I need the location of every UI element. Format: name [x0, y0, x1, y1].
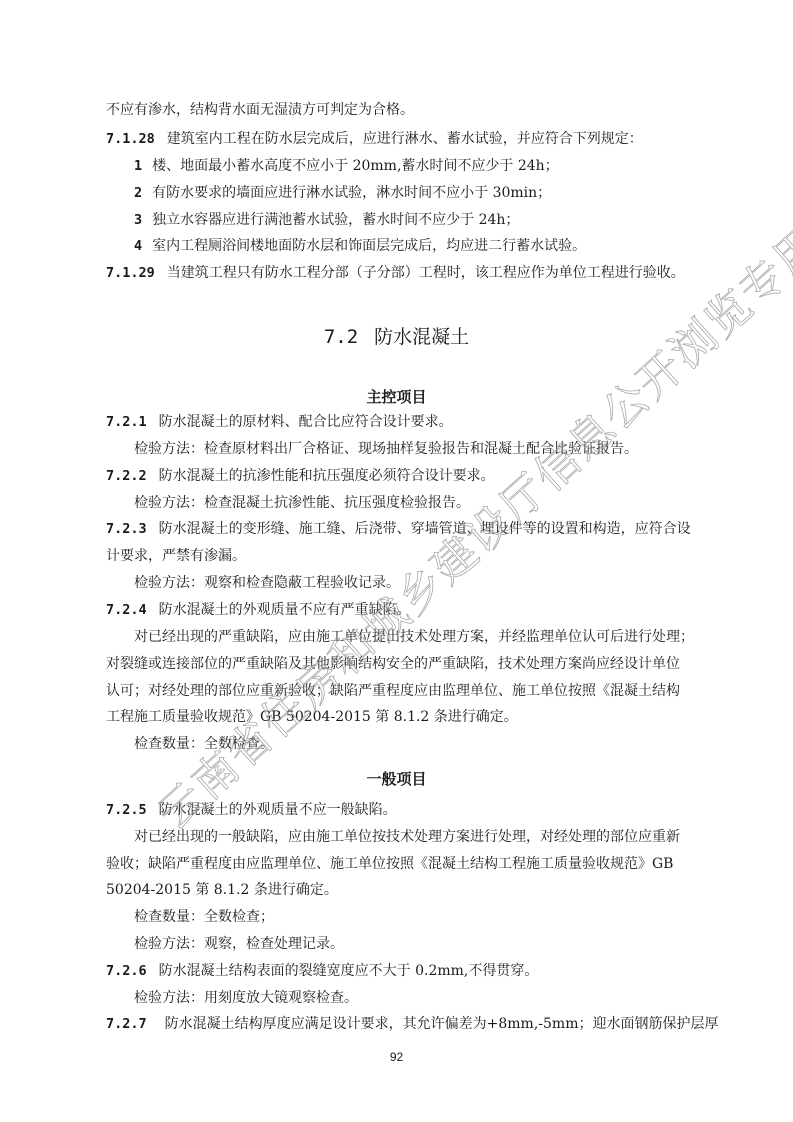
list-item-text: 楼、地面最小蓄水高度不应小于 20mm,蓄水时间不应少于 24h； — [152, 158, 559, 174]
inspection-quantity: 检查数量：全数检查； — [134, 907, 716, 927]
subheading-main-control: 主控项目 — [0, 386, 793, 408]
page-number: 92 — [0, 1050, 793, 1064]
clause-number: 7.1.29 — [106, 265, 155, 281]
list-item-text: 独立水容器应进行满池蓄水试验，蓄水时间不应少于 24h； — [152, 212, 519, 228]
clause-7-2-4: 7.2.4防水混凝土的外观质量不应有严重缺陷。 — [106, 600, 688, 620]
clause-text: 防水混凝土的抗渗性能和抗压强度必须符合设计要求。 — [159, 468, 495, 484]
paragraph-continuation: 不应有渗水，结构背水面无湿渍方可判定为合格。 — [106, 100, 688, 120]
subheading-general: 一般项目 — [0, 768, 793, 790]
list-item-number: 4 — [134, 238, 142, 254]
clause-7-2-1: 7.2.1防水混凝土的原材料、配合比应符合设计要求。 — [106, 412, 688, 432]
clause-text: 防水混凝土的外观质量不应一般缺陷。 — [159, 802, 397, 818]
clause-7-1-29: 7.1.29当建筑工程只有防水工程分部（子分部）工程时，该工程应作为单位工程进行… — [106, 263, 688, 283]
clause-text-continued: 计要求，严禁有渗漏。 — [106, 546, 688, 566]
list-item: 2有防水要求的墙面应进行淋水试验，淋水时间不应小于 30min； — [134, 183, 716, 203]
clause-text: 防水混凝土的变形缝、施工缝、后浇带、穿墙管道、埋设件等的设置和构造，应符合设 — [159, 521, 691, 537]
clause-number: 7.2.7 — [106, 1016, 147, 1032]
clause-number: 7.2.6 — [106, 963, 147, 979]
list-item-text: 有防水要求的墙面应进行淋水试验，淋水时间不应小于 30min； — [152, 185, 551, 201]
section-name: 防水混凝土 — [374, 326, 469, 348]
clause-7-1-28: 7.1.28建筑室内工程在防水层完成后，应进行淋水、蓄水试验，并应符合下列规定： — [106, 129, 688, 149]
clause-number: 7.2.4 — [106, 602, 147, 618]
paragraph-line: 50204-2015 第 8.1.2 条进行确定。 — [106, 880, 688, 900]
inspection-quantity: 检查数量：全数检查。 — [134, 734, 716, 754]
list-item-number: 2 — [134, 185, 142, 201]
inspection-method: 检验方法：观察和检查隐蔽工程验收记录。 — [134, 573, 716, 593]
clause-number: 7.2.2 — [106, 468, 147, 484]
clause-text: 防水混凝土结构厚度应满足设计要求，其允许偏差为+8mm,-5mm；迎水面钢筋保护… — [165, 1016, 719, 1032]
clause-text: 当建筑工程只有防水工程分部（子分部）工程时，该工程应作为单位工程进行验收。 — [167, 265, 685, 281]
list-item-number: 1 — [134, 158, 142, 174]
list-item: 4室内工程厕浴间楼地面防水层和饰面层完成后，均应进二行蓄水试验。 — [134, 236, 716, 256]
clause-number: 7.2.3 — [106, 521, 147, 537]
list-item-number: 3 — [134, 212, 142, 228]
clause-7-2-6: 7.2.6防水混凝土结构表面的裂缝宽度应不大于 0.2mm,不得贯穿。 — [106, 961, 688, 981]
document-page: 不应有渗水，结构背水面无湿渍方可判定为合格。 7.1.28建筑室内工程在防水层完… — [0, 0, 793, 1122]
list-item: 1楼、地面最小蓄水高度不应小于 20mm,蓄水时间不应少于 24h； — [134, 156, 716, 176]
inspection-method: 检验方法：检查混凝土抗渗性能、抗压强度检验报告。 — [134, 493, 716, 513]
list-item-text: 室内工程厕浴间楼地面防水层和饰面层完成后，均应进二行蓄水试验。 — [152, 238, 586, 254]
paragraph-line: 验收；缺陷严重程度由应监理单位、施工单位按照《混凝土结构工程施工质量验收规范》G… — [106, 854, 688, 874]
section-title: 7.2防水混凝土 — [0, 323, 793, 351]
inspection-method: 检验方法：观察，检查处理记录。 — [134, 934, 716, 954]
clause-7-2-7: 7.2.7防水混凝土结构厚度应满足设计要求，其允许偏差为+8mm,-5mm；迎水… — [106, 1014, 688, 1034]
paragraph-line: 对已经出现的严重缺陷，应由施工单位提出技术处理方案，并经监理单位认可后进行处理； — [134, 627, 716, 647]
clause-number: 7.1.28 — [106, 131, 155, 147]
clause-text: 建筑室内工程在防水层完成后，应进行淋水、蓄水试验，并应符合下列规定： — [167, 131, 643, 147]
clause-7-2-2: 7.2.2防水混凝土的抗渗性能和抗压强度必须符合设计要求。 — [106, 466, 688, 486]
paragraph-line: 对已经出现的一般缺陷，应由施工单位按技术处理方案进行处理，对经处理的部位应重新 — [134, 827, 716, 847]
clause-number: 7.2.5 — [106, 802, 147, 818]
paragraph-line: 认可；对经处理的部位应重新验收；缺陷严重程度应由监理单位、施工单位按照《混凝土结… — [106, 681, 688, 701]
paragraph-line: 工程施工质量验收规范》GB 50204-2015 第 8.1.2 条进行确定。 — [106, 707, 688, 727]
clause-text: 防水混凝土的原材料、配合比应符合设计要求。 — [159, 414, 453, 430]
clause-number: 7.2.1 — [106, 414, 147, 430]
section-number: 7.2 — [324, 326, 358, 348]
inspection-method: 检验方法：用刻度放大镜观察检查。 — [134, 988, 716, 1008]
paragraph-line: 对裂缝或连接部位的严重缺陷及其他影响结构安全的严重缺陷，技术处理方案尚应经设计单… — [106, 654, 688, 674]
inspection-method: 检验方法：检查原材料出厂合格证、现场抽样复验报告和混凝土配合比验证报告。 — [134, 439, 716, 459]
list-item: 3独立水容器应进行满池蓄水试验，蓄水时间不应少于 24h； — [134, 210, 716, 230]
clause-7-2-5: 7.2.5防水混凝土的外观质量不应一般缺陷。 — [106, 800, 688, 820]
clause-7-2-3: 7.2.3防水混凝土的变形缝、施工缝、后浇带、穿墙管道、埋设件等的设置和构造，应… — [106, 519, 688, 539]
clause-text: 防水混凝土的外观质量不应有严重缺陷。 — [159, 602, 411, 618]
clause-text: 防水混凝土结构表面的裂缝宽度应不大于 0.2mm,不得贯穿。 — [159, 963, 539, 979]
